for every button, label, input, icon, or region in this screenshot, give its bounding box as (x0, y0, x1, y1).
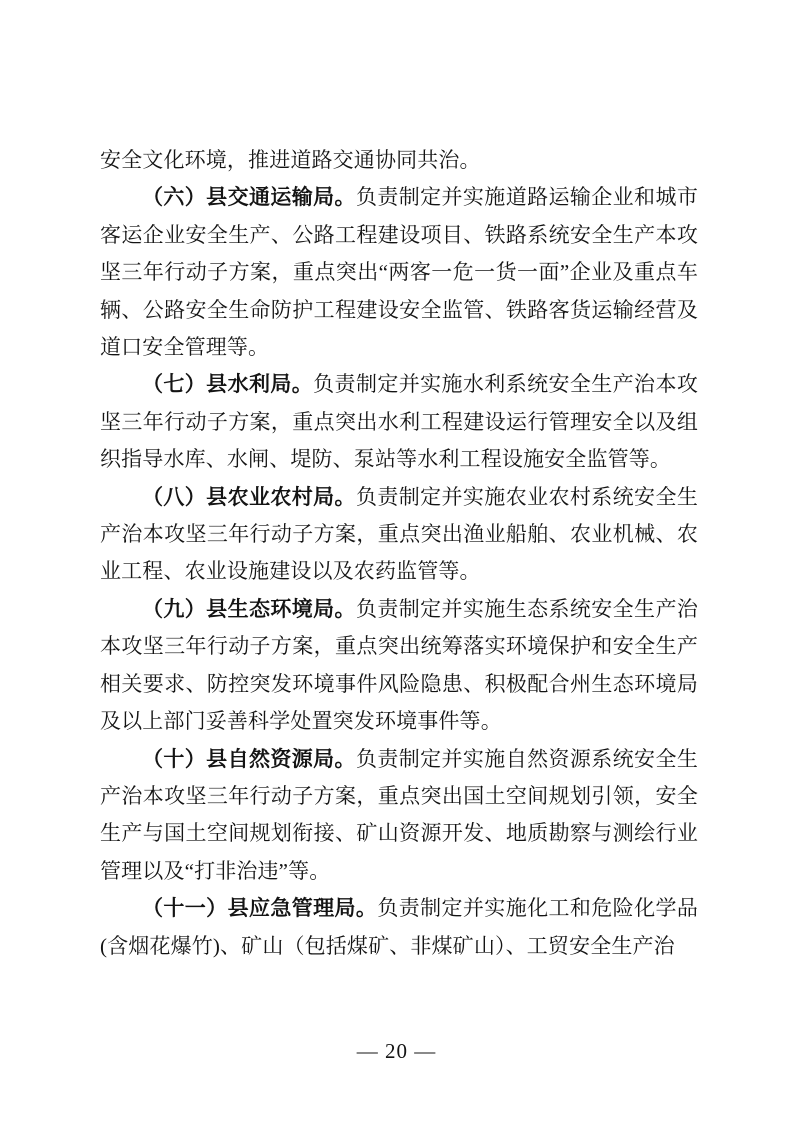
section-heading: （六）县交通运输局。 (142, 185, 356, 209)
document-body: 安全文化环境，推进道路交通协同共治。（六）县交通运输局。负责制定并实施道路运输企… (100, 142, 698, 965)
section-heading: （九）县生态环境局。 (142, 597, 356, 621)
section-heading: （十）县自然资源局。 (142, 747, 356, 771)
section-heading: （七）县水利局。 (142, 372, 313, 396)
paragraph: （十）县自然资源局。负责制定并实施自然资源系统安全生产治本攻坚三年行动子方案，重… (100, 741, 698, 891)
document-page: 安全文化环境，推进道路交通协同共治。（六）县交通运输局。负责制定并实施道路运输企… (0, 0, 793, 1122)
paragraph: （八）县农业农村局。负责制定并实施农业农村系统安全生产治本攻坚三年行动子方案，重… (100, 479, 698, 591)
paragraph: （七）县水利局。负责制定并实施水利系统安全生产治本攻坚三年行动子方案，重点突出水… (100, 366, 698, 478)
paragraph: 安全文化环境，推进道路交通协同共治。 (100, 142, 698, 179)
paragraph: （六）县交通运输局。负责制定并实施道路运输企业和城市客运企业安全生产、公路工程建… (100, 179, 698, 366)
page-number: — 20 — (0, 1036, 793, 1066)
paragraph: （九）县生态环境局。负责制定并实施生态系统安全生产治本攻坚三年行动子方案，重点突… (100, 591, 698, 741)
paragraph: （十一）县应急管理局。负责制定并实施化工和危险化学品(含烟花爆竹)、矿山（包括煤… (100, 890, 698, 965)
section-heading: （八）县农业农村局。 (142, 485, 356, 509)
section-heading: （十一）县应急管理局。 (142, 896, 377, 920)
